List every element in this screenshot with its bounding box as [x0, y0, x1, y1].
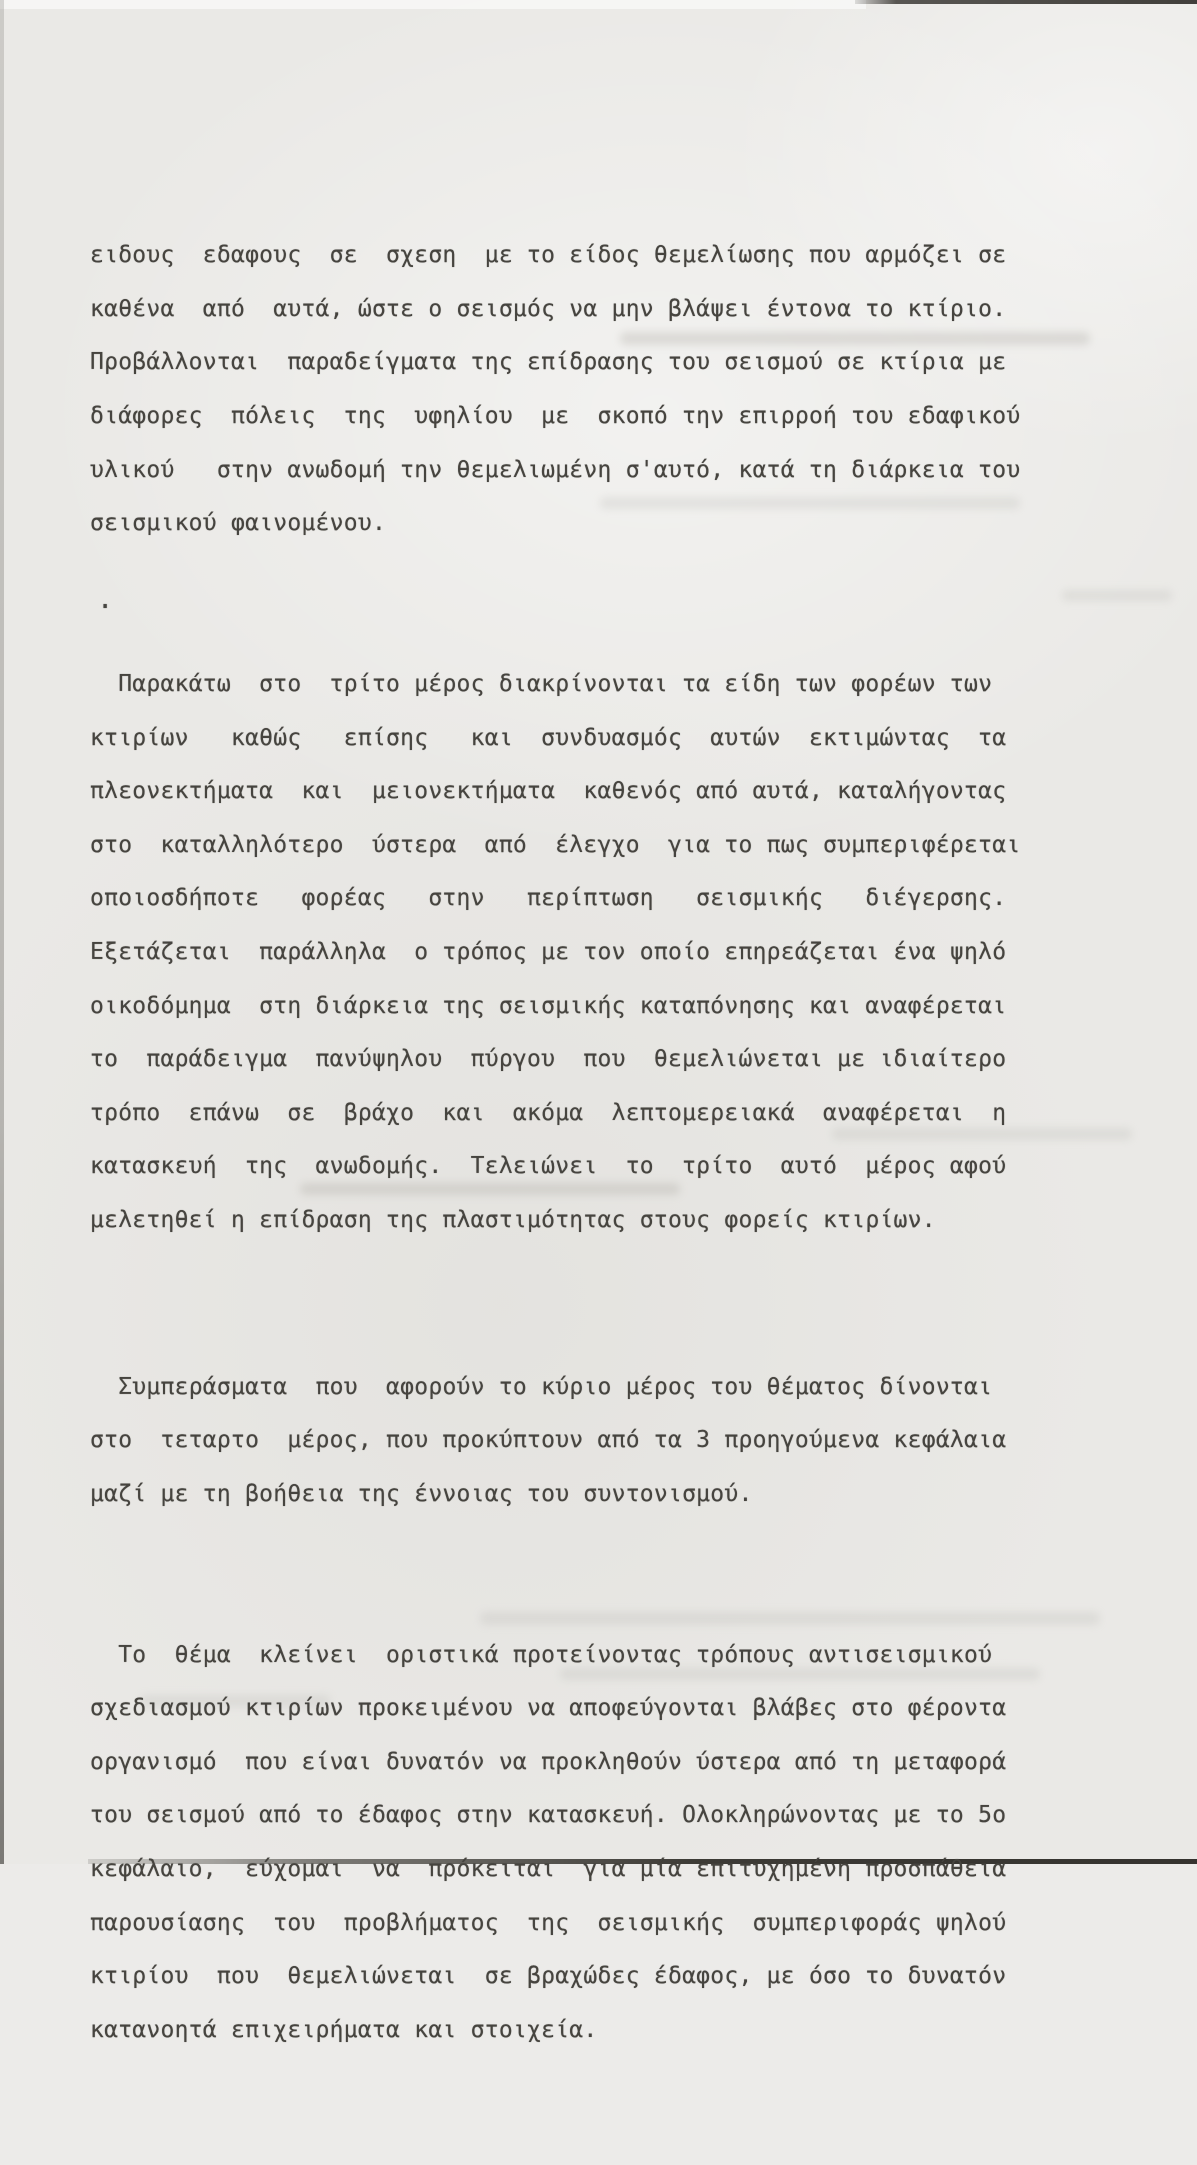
bleed-through-mark — [1062, 590, 1172, 601]
stray-dot-artifact: . — [97, 588, 113, 612]
paragraph-1: ειδους εδαφους σε σχεση με το είδος θεμε… — [90, 229, 1075, 551]
paragraph-4: Το θέμα κλείνει οριστικά προτείνοντας τρ… — [90, 1629, 1075, 1864]
paragraph-3: Συμπεράσματα που αφορούν το κύριο μέρος … — [90, 1361, 1075, 1522]
paragraph-2: Παρακάτω στο τρίτο μέρος διακρίνονται τα… — [90, 658, 1075, 1248]
page-text: ειδους εδαφους σε σχεση με το είδος θεμε… — [90, 122, 1075, 1864]
scanned-page: ειδους εδαφους σε σχεση με το είδος θεμε… — [0, 0, 1197, 1864]
scan-edge-top-dark — [855, 0, 1197, 4]
scan-edge-left — [0, 0, 4, 1864]
scan-edge-top-light — [0, 0, 866, 9]
